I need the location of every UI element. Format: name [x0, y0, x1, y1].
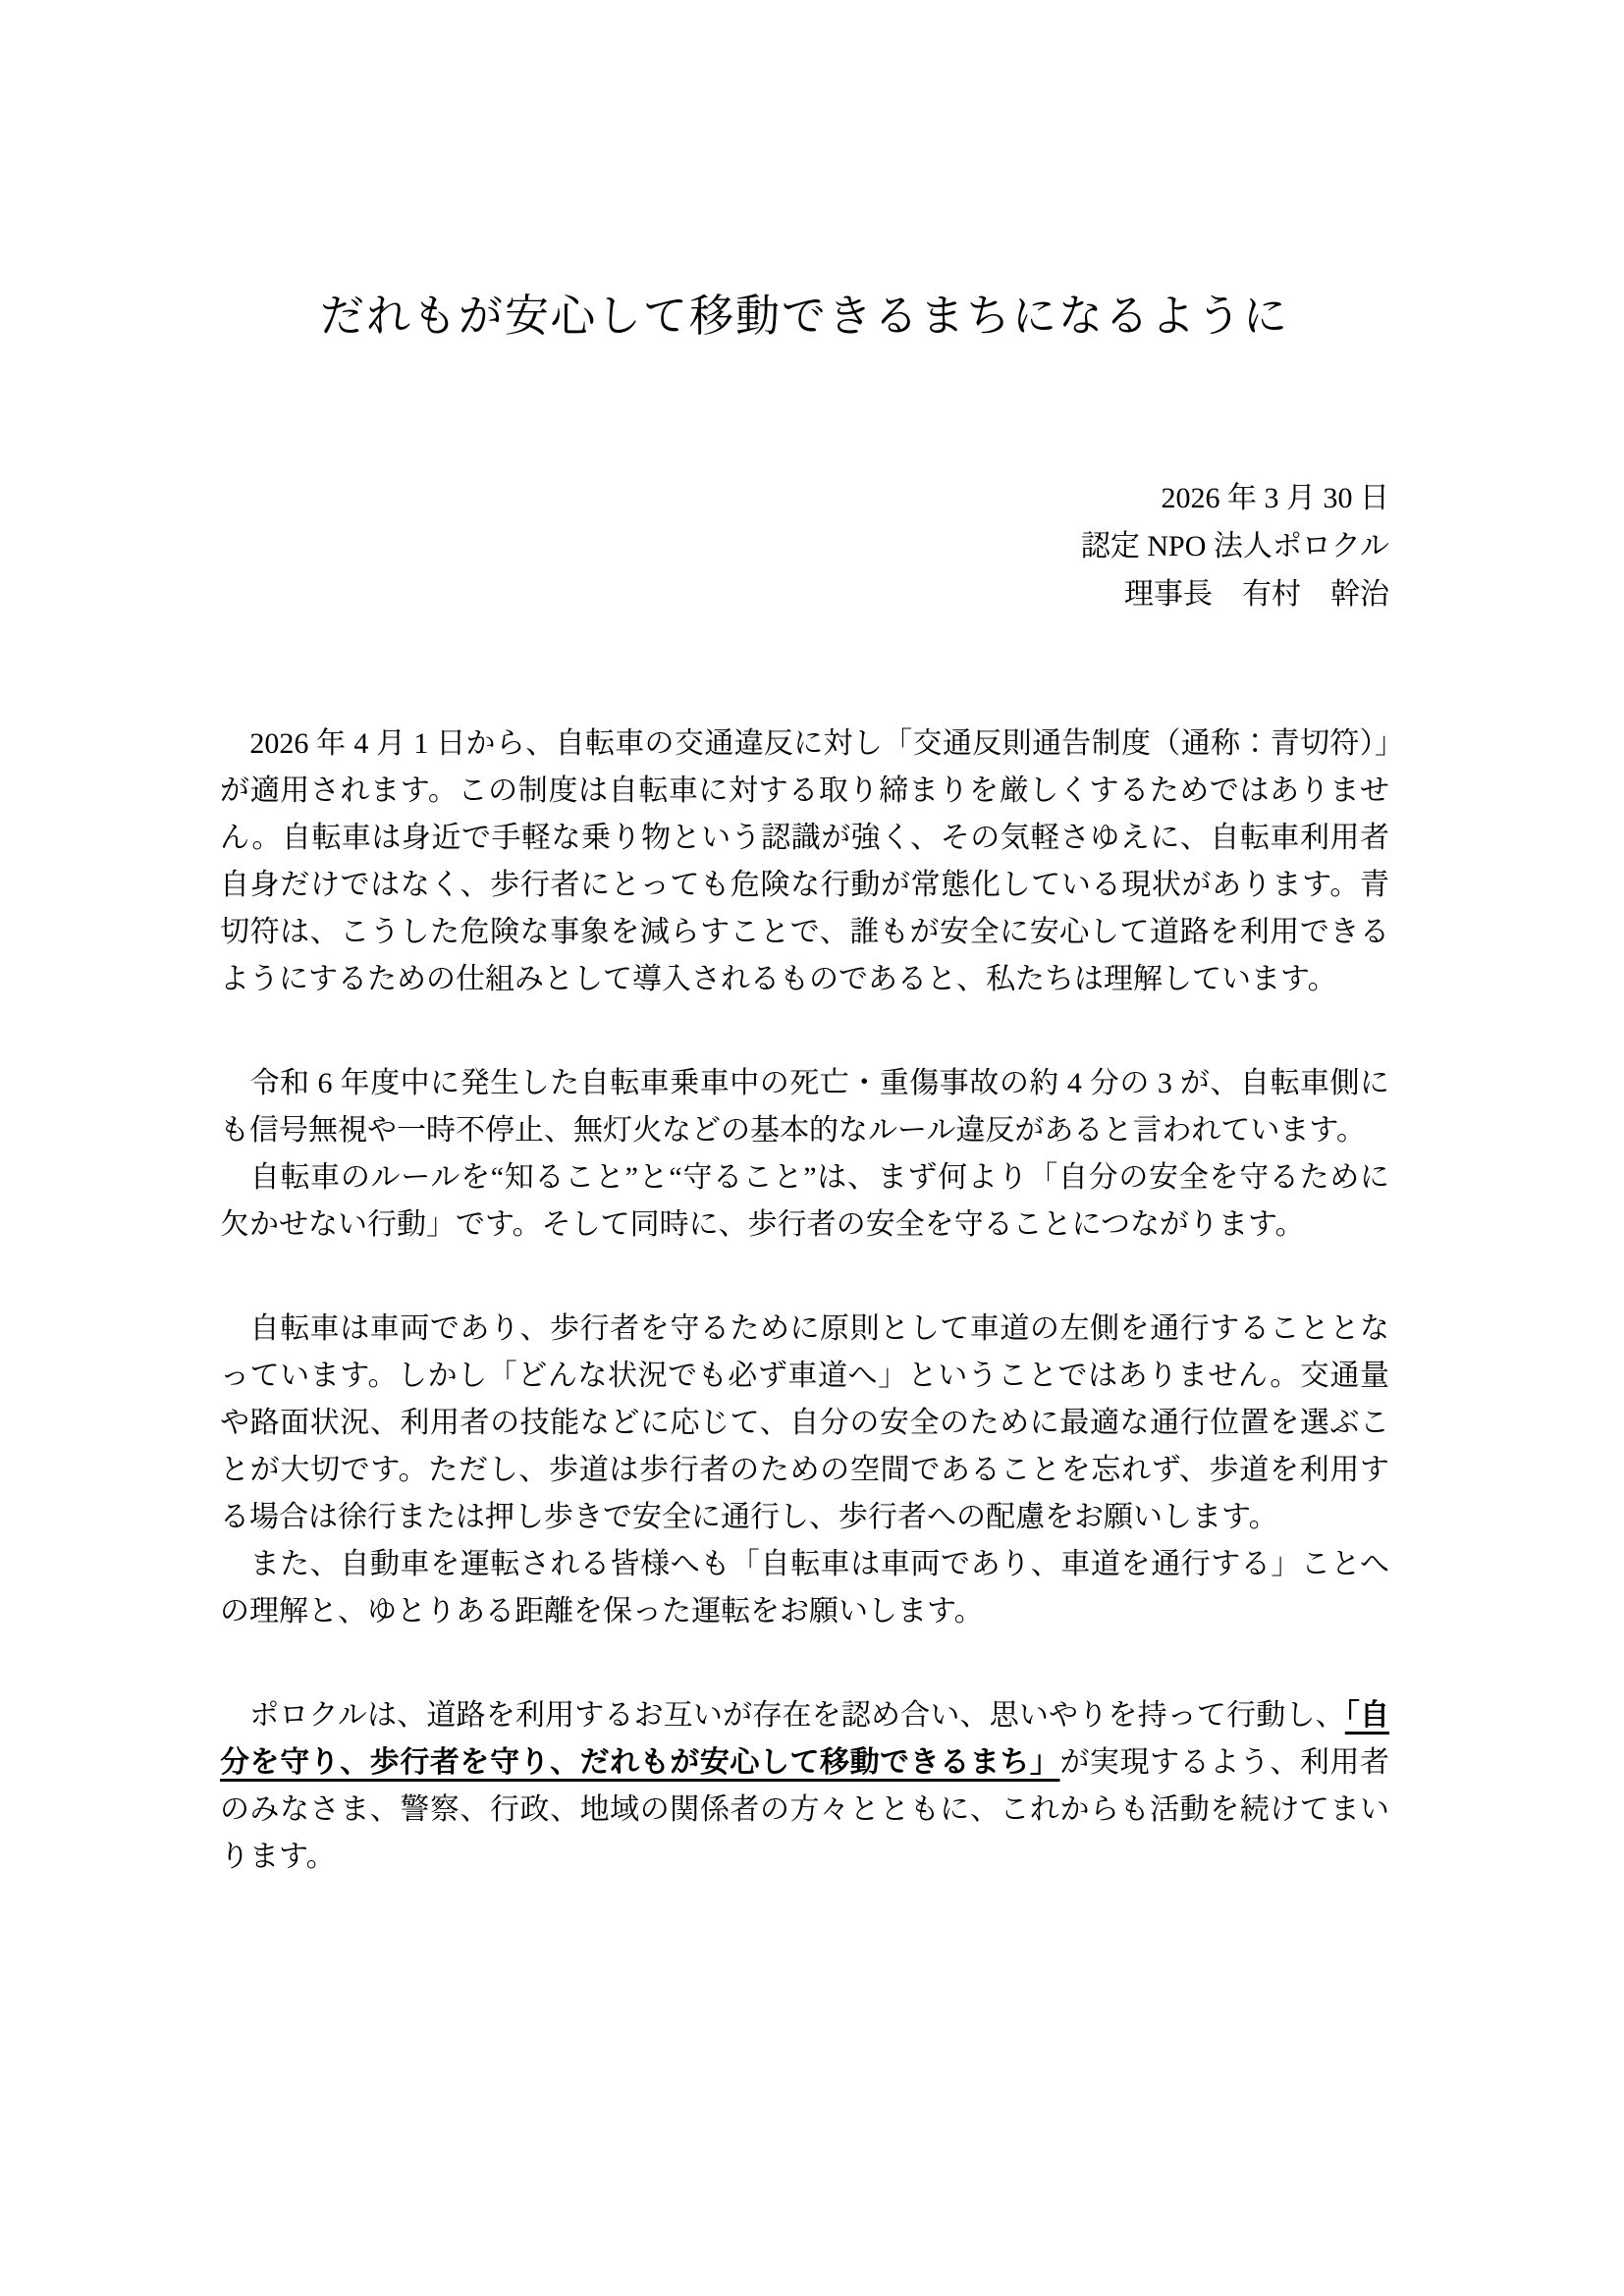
paragraph-closing: ポロクルは、道路を利用するお互いが存在を認め合い、思いやりを持って行動し、「自分… [220, 1692, 1389, 1881]
organization-line: 認定 NPO 法人ポロクル [220, 522, 1389, 570]
paragraph-group-intro: 2026 年 4 月 1 日から、自転車の交通違反に対し「交通反則通告制度（通称… [220, 721, 1389, 1003]
closing-text-pre: ポロクルは、道路を利用するお互いが存在を認め合い、思いやりを持って行動し、 [220, 1699, 1345, 1732]
page-title: だれもが安心して移動できるまちになるように [220, 288, 1389, 345]
paragraph-group-closing: ポロクルは、道路を利用するお互いが存在を認め合い、思いやりを持って行動し、「自分… [220, 1692, 1389, 1881]
date-line: 2026 年 3 月 30 日 [220, 474, 1389, 522]
signer-line: 理事長 有村 幹治 [220, 570, 1389, 618]
paragraph-group-road-usage: 自転車は車両であり、歩行者を守るために原則として車道の左側を通行することとなって… [220, 1306, 1389, 1635]
document-page: だれもが安心して移動できるまちになるように 2026 年 3 月 30 日 認定… [0, 0, 1624, 2296]
date-signature-block: 2026 年 3 月 30 日 認定 NPO 法人ポロクル 理事長 有村 幹治 [220, 474, 1389, 618]
paragraph-group-accidents: 令和 6 年度中に発生した自転車乗車中の死亡・重傷事故の約 4 分の 3 が、自… [220, 1060, 1389, 1249]
paragraph-know-and-follow-rules: 自転車のルールを“知ること”と“守ること”は、まず何より「自分の安全を守るために… [220, 1154, 1389, 1249]
paragraph-roadway-left-side: 自転車は車両であり、歩行者を守るために原則として車道の左側を通行することとなって… [220, 1306, 1389, 1541]
paragraph-request-to-drivers: また、自動車を運転される皆様へも「自転車は車両であり、車道を通行する」ことへの理… [220, 1541, 1389, 1635]
paragraph-accident-statistics: 令和 6 年度中に発生した自転車乗車中の死亡・重傷事故の約 4 分の 3 が、自… [220, 1060, 1389, 1154]
document-body: 2026 年 4 月 1 日から、自転車の交通違反に対し「交通反則通告制度（通称… [220, 721, 1389, 1881]
paragraph-blue-ticket-intro: 2026 年 4 月 1 日から、自転車の交通違反に対し「交通反則通告制度（通称… [220, 721, 1389, 1003]
